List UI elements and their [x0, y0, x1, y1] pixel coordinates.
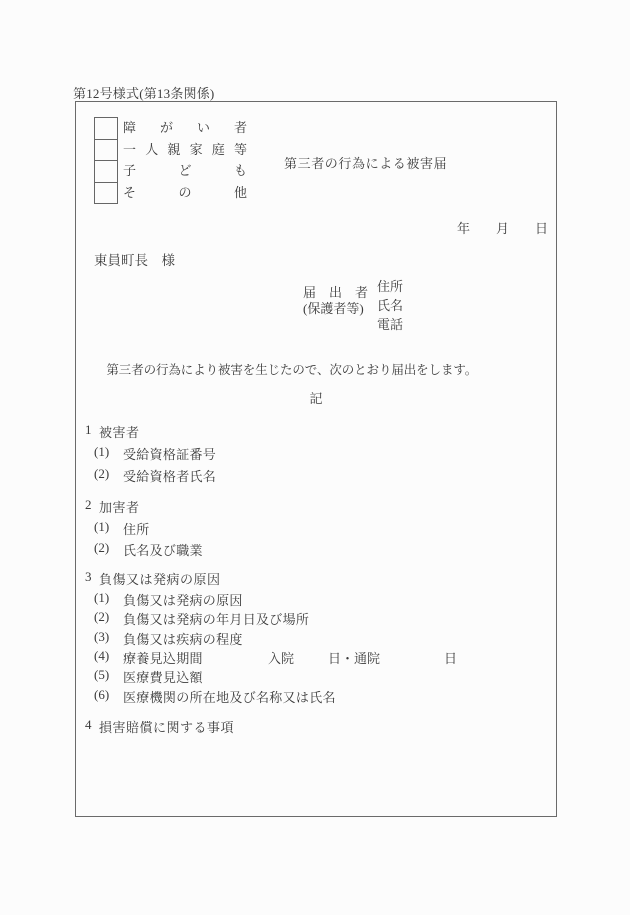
checkbox-disability[interactable] [94, 117, 118, 140]
form-number-label: 第12号様式(第13条関係) [73, 83, 214, 102]
item-medical-institution: (6) 医療機関の所在地及び名称又は氏名 [76, 687, 556, 703]
item-label: 氏名及び職業 [123, 540, 203, 559]
section-number: 4 [85, 717, 92, 733]
item-perpetrator-name-occupation: (2) 氏名及び職業 [76, 540, 556, 556]
category-checkbox-labels: 障がい者 一人親家庭等 子ども その他 [123, 117, 247, 203]
item-medical-cost-estimate: (5) 医療費見込額 [76, 667, 556, 683]
item-number: (3) [94, 629, 109, 645]
section-title: 損害賠償に関する事項 [99, 717, 234, 736]
reporter-role-line2: (保護者等) [303, 301, 368, 317]
checkbox-label-disability: 障がい者 [123, 117, 247, 139]
item-certificate-number: (1) 受給資格証番号 [76, 444, 556, 460]
item-label: 住所 [123, 519, 150, 538]
item-treatment-period: (4) 療養見込期間 入院 日・通院 日 [76, 648, 556, 664]
checkbox-label-child: 子ども [123, 160, 247, 182]
ki-heading: 記 [76, 388, 556, 407]
checkbox-label-other: その他 [123, 182, 247, 204]
reporter-field-address: 住所 [377, 277, 403, 296]
form-border-box: 障がい者 一人親家庭等 子ども その他 第三者の行為による被害届 年 月 日 東… [75, 101, 557, 817]
item-injury-date-place: (2) 負傷又は発病の年月日及び場所 [76, 609, 556, 625]
item-number: (2) [94, 609, 109, 625]
section-title: 加害者 [99, 497, 140, 516]
item-label: 負傷又は発病の年月日及び場所 [123, 609, 309, 628]
item-label: 受給資格証番号 [123, 444, 216, 463]
section-number: 3 [85, 569, 92, 585]
item-injury-degree: (3) 負傷又は疾病の程度 [76, 629, 556, 645]
document-title: 第三者の行為による被害届 [284, 153, 447, 172]
reporter-fields: 住所 氏名 電話 [377, 277, 403, 334]
item-label: 負傷又は疾病の程度 [123, 629, 243, 648]
item-label: 療養見込期間 [123, 648, 203, 667]
item-number: (4) [94, 648, 109, 664]
category-checkbox-column [94, 117, 118, 204]
item-number: (2) [94, 540, 109, 556]
section-title: 負傷又は発病の原因 [99, 569, 221, 588]
checkbox-label-single-parent: 一人親家庭等 [123, 139, 247, 161]
checkbox-single-parent[interactable] [94, 139, 118, 162]
treatment-days-label: 日 [444, 648, 457, 667]
item-label: 受給資格者氏名 [123, 466, 216, 485]
checkbox-other[interactable] [94, 182, 118, 205]
reporter-role: 届 出 者 (保護者等) [303, 277, 368, 334]
checkbox-child[interactable] [94, 160, 118, 183]
item-injury-cause: (1) 負傷又は発病の原因 [76, 590, 556, 606]
reporter-field-name: 氏名 [377, 296, 403, 315]
item-number: (2) [94, 466, 109, 482]
reporter-block: 届 出 者 (保護者等) 住所 氏名 電話 [303, 277, 403, 334]
section-perpetrator: 2 加害者 [76, 497, 556, 513]
item-number: (1) [94, 590, 109, 606]
section-number: 1 [85, 422, 92, 438]
reporter-role-line1: 届 出 者 [303, 285, 368, 301]
section-injury-cause: 3 負傷又は発病の原因 [76, 569, 556, 585]
item-certificate-holder-name: (2) 受給資格者氏名 [76, 466, 556, 482]
treatment-hospitalization-label: 入院 [268, 648, 294, 667]
item-label: 医療費見込額 [123, 667, 203, 686]
section-title: 被害者 [99, 422, 140, 441]
date-field: 年 月 日 [457, 218, 548, 237]
document-page: 第12号様式(第13条関係) 障がい者 一人親家庭等 子ども その他 第三者の行… [0, 0, 630, 915]
section-damages-compensation: 4 損害賠償に関する事項 [76, 717, 556, 733]
item-number: (5) [94, 667, 109, 683]
item-number: (6) [94, 687, 109, 703]
item-perpetrator-address: (1) 住所 [76, 519, 556, 535]
reporter-field-phone: 電話 [377, 315, 403, 334]
section-victim: 1 被害者 [76, 422, 556, 438]
addressee-label: 東員町長 様 [94, 249, 175, 269]
item-label: 医療機関の所在地及び名称又は氏名 [123, 687, 336, 706]
item-number: (1) [94, 519, 109, 535]
section-number: 2 [85, 497, 92, 513]
treatment-days-outpatient-label: 日・通院 [328, 648, 380, 667]
statement-text: 第三者の行為により被害を生じたので、次のとおり届出をします。 [94, 360, 477, 378]
item-number: (1) [94, 444, 109, 460]
item-label: 負傷又は発病の原因 [123, 590, 243, 609]
